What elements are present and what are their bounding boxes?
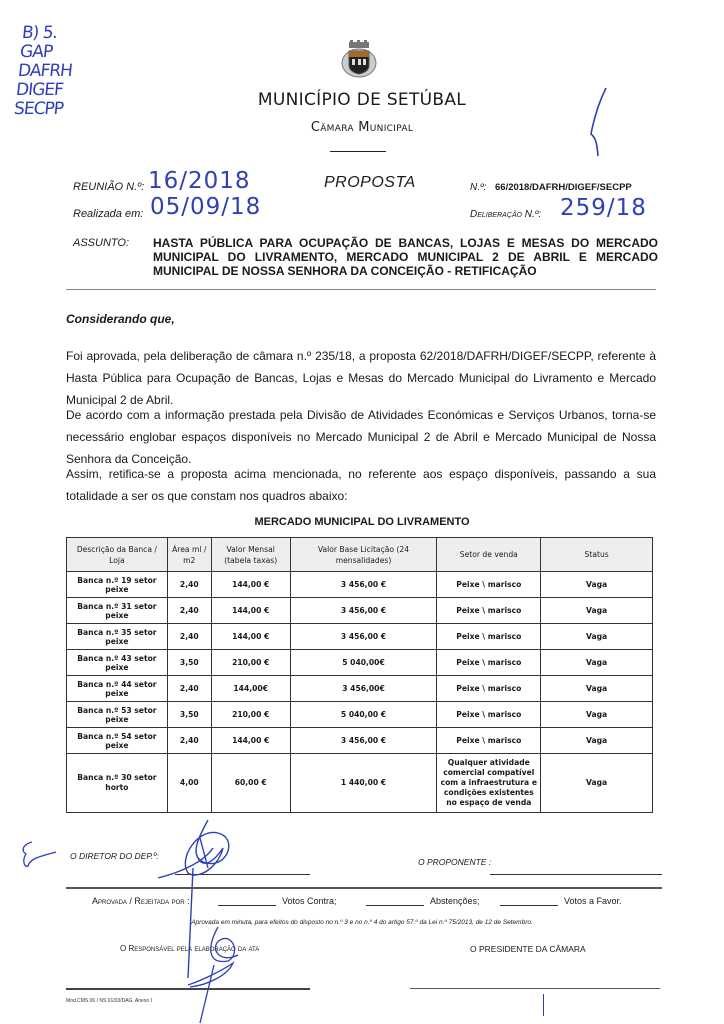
note-line: GAP xyxy=(19,43,75,62)
col-header-valor-mensal: Valor Mensal (tabela taxas) xyxy=(211,538,290,572)
cell-valor-base: 5 040,00 € xyxy=(290,702,437,728)
cell-area: 2,40 xyxy=(167,728,211,754)
cell-area: 2,40 xyxy=(167,676,211,702)
cell-status: Vaga xyxy=(541,676,653,702)
cell-setor: Peixe \ marisco xyxy=(437,598,541,624)
cell-valor-mensal: 144,00 € xyxy=(211,624,290,650)
cell-area: 4,00 xyxy=(167,754,211,813)
votos-contra-label: Votos Contra; xyxy=(282,896,337,906)
table-row: Banca n.º 35 setor peixe2,40144,00 €3 45… xyxy=(67,624,653,650)
reuniao-label: REUNIÃO N.º: xyxy=(73,181,144,193)
assunto-label: ASSUNTO: xyxy=(73,237,129,249)
approval-label: Aprovada / Rejeitada por : xyxy=(92,896,190,906)
col-header-area: Área ml / m2 xyxy=(167,538,211,572)
abstencoes-blank[interactable] xyxy=(366,905,424,906)
presidente-mark xyxy=(543,994,544,1016)
document-type: PROPOSTA xyxy=(324,174,416,192)
table-row: Banca n.º 31 setor peixe2,40144,00 €3 45… xyxy=(67,598,653,624)
cell-descricao: Banca n.º 19 setor peixe xyxy=(67,572,168,598)
presidente-signature-line xyxy=(410,988,660,989)
cell-status: Vaga xyxy=(541,572,653,598)
title-divider xyxy=(330,151,386,152)
assunto-divider xyxy=(66,289,656,290)
cell-status: Vaga xyxy=(541,702,653,728)
col-header-setor: Setor de venda xyxy=(437,538,541,572)
cell-descricao: Banca n.º 30 setor horto xyxy=(67,754,168,813)
table-row: Banca n.º 53 setor peixe3,50210,00 €5 04… xyxy=(67,702,653,728)
cell-area: 3,50 xyxy=(167,650,211,676)
director-label: O DIRETOR DO DEP.º: xyxy=(70,851,159,861)
cell-status: Vaga xyxy=(541,624,653,650)
cell-valor-mensal: 210,00 € xyxy=(211,650,290,676)
cell-valor-base: 3 456,00 € xyxy=(290,598,437,624)
setubal-coat-of-arms-icon xyxy=(338,40,380,78)
cell-descricao: Banca n.º 43 setor peixe xyxy=(67,650,168,676)
table-header-row: Descrição da Banca / Loja Área ml / m2 V… xyxy=(67,538,653,572)
cell-valor-base: 3 456,00€ xyxy=(290,676,437,702)
cell-area: 2,40 xyxy=(167,624,211,650)
deliberacao-value: 259/18 xyxy=(560,195,647,221)
cell-setor: Peixe \ marisco xyxy=(437,728,541,754)
cell-descricao: Banca n.º 35 setor peixe xyxy=(67,624,168,650)
cell-valor-mensal: 144,00 € xyxy=(211,598,290,624)
form-reference: Mod.CMS.06 / NS 01/03/DAG. Anexo I xyxy=(66,998,152,1004)
col-header-valor-base: Valor Base Licitação (24 mensalidades) xyxy=(290,538,437,572)
proponente-label: O PROPONENTE : xyxy=(418,857,491,867)
cell-area: 3,50 xyxy=(167,702,211,728)
cell-valor-mensal: 60,00 € xyxy=(211,754,290,813)
presidente-label: O PRESIDENTE DA CÂMARA xyxy=(470,944,586,954)
table-row: Banca n.º 44 setor peixe2,40144,00€3 456… xyxy=(67,676,653,702)
cell-setor: Peixe \ marisco xyxy=(437,676,541,702)
cell-descricao: Banca n.º 31 setor peixe xyxy=(67,598,168,624)
cell-status: Vaga xyxy=(541,650,653,676)
abstencoes-label: Abstenções; xyxy=(430,896,480,906)
cell-area: 2,40 xyxy=(167,598,211,624)
municipality-title: MUNICÍPIO DE SETÚBAL xyxy=(0,90,724,110)
cell-setor: Peixe \ marisco xyxy=(437,650,541,676)
note-line: B) 5. xyxy=(21,24,77,43)
cell-descricao: Banca n.º 44 setor peixe xyxy=(67,676,168,702)
cell-status: Vaga xyxy=(541,754,653,813)
realizada-value: 05/09/18 xyxy=(150,194,261,220)
cell-setor: Peixe \ marisco xyxy=(437,624,541,650)
cell-area: 2,40 xyxy=(167,572,211,598)
votos-favor-blank[interactable] xyxy=(500,905,558,906)
cell-valor-mensal: 144,00 € xyxy=(211,572,290,598)
responsavel-signature xyxy=(178,925,248,1024)
table-title: MERCADO MUNICIPAL DO LIVRAMENTO xyxy=(0,516,724,528)
cell-descricao: Banca n.º 54 setor peixe xyxy=(67,728,168,754)
col-header-descricao: Descrição da Banca / Loja xyxy=(67,538,168,572)
minuta-note: Aprovada em minuta, para efeitos do disp… xyxy=(0,919,724,926)
cell-valor-base: 1 440,00 € xyxy=(290,754,437,813)
numero-value: 66/2018/DAFRH/DIGEF/SECPP xyxy=(495,182,632,193)
table-row: Banca n.º 19 setor peixe2,40144,00 €3 45… xyxy=(67,572,653,598)
body-paragraph: Foi aprovada, pela deliberação de câmara… xyxy=(66,345,656,411)
cell-valor-base: 3 456,00 € xyxy=(290,624,437,650)
cell-setor: Qualquer atividade comercial compatível … xyxy=(437,754,541,813)
table-row: Banca n.º 43 setor peixe3,50210,00 €5 04… xyxy=(67,650,653,676)
cell-valor-base: 3 456,00 € xyxy=(290,728,437,754)
cell-status: Vaga xyxy=(541,728,653,754)
market-stalls-table: Descrição da Banca / Loja Área ml / m2 V… xyxy=(66,537,653,813)
assunto-text: HASTA PÚBLICA PARA OCUPAÇÃO DE BANCAS, L… xyxy=(153,236,658,278)
cell-valor-mensal: 210,00 € xyxy=(211,702,290,728)
proponente-signature-line xyxy=(490,874,662,875)
deliberacao-label: Deliberação N.º: xyxy=(470,209,541,220)
responsavel-signature-line xyxy=(66,988,310,990)
realizada-label: Realizada em: xyxy=(73,208,143,220)
votos-favor-label: Votos a Favor. xyxy=(564,896,622,906)
approval-divider xyxy=(66,887,662,889)
col-header-status: Status xyxy=(541,538,653,572)
body-paragraph: De acordo com a informação prestada pela… xyxy=(66,404,656,470)
cell-valor-mensal: 144,00€ xyxy=(211,676,290,702)
table-row: Banca n.º 30 setor horto4,0060,00 €1 440… xyxy=(67,754,653,813)
cell-valor-mensal: 144,00 € xyxy=(211,728,290,754)
numero-label: N.º: xyxy=(470,182,486,193)
cell-status: Vaga xyxy=(541,598,653,624)
margin-handwritten-mark xyxy=(588,86,608,163)
margin-initials xyxy=(18,838,58,877)
chamber-subtitle: Câmara Municipal xyxy=(0,120,724,135)
reuniao-value: 16/2018 xyxy=(148,168,251,194)
votos-contra-blank[interactable] xyxy=(218,905,276,906)
cell-valor-base: 5 040,00€ xyxy=(290,650,437,676)
body-paragraph: Assim, retifica-se a proposta acima menc… xyxy=(66,463,656,507)
cell-setor: Peixe \ marisco xyxy=(437,702,541,728)
table-row: Banca n.º 54 setor peixe2,40144,00 €3 45… xyxy=(67,728,653,754)
cell-valor-base: 3 456,00 € xyxy=(290,572,437,598)
cell-setor: Peixe \ marisco xyxy=(437,572,541,598)
cell-descricao: Banca n.º 53 setor peixe xyxy=(67,702,168,728)
intro-heading: Considerando que, xyxy=(66,308,656,330)
note-line: DAFRH xyxy=(17,62,73,81)
